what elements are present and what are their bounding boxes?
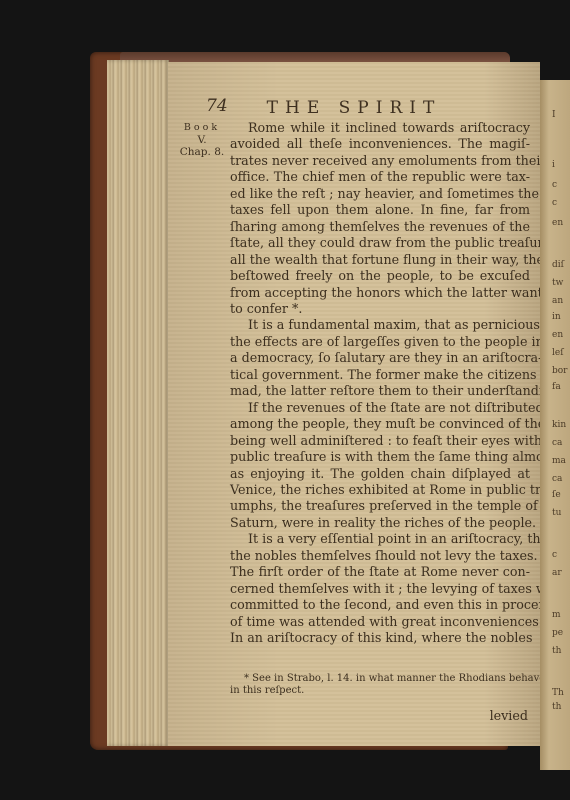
next-page-text-fragment: bor: [552, 366, 567, 376]
next-page-text-fragment: kin: [552, 420, 566, 430]
text-line: of time was attended with great inconven…: [230, 614, 530, 630]
text-line: beſtowed freely on the people, to be exc…: [230, 268, 530, 284]
book-page: 74 THE SPIRIT Book V. Chap. 8. Rome whil…: [168, 62, 540, 746]
next-page-text-fragment: pe: [552, 628, 563, 638]
next-page-text-fragment: ca: [552, 474, 562, 484]
next-page-text-fragment: tu: [552, 508, 561, 518]
footnote-line: in this reſpect.: [230, 685, 530, 697]
text-line: committed to the ſecond, and even this i…: [230, 597, 530, 613]
next-page-text-fragment: ma: [552, 456, 566, 466]
body-text: Rome while it inclined towards ariſtocra…: [230, 120, 530, 647]
next-page-text-fragment: an: [552, 296, 563, 306]
next-page-text-fragment: fa: [552, 382, 561, 392]
text-line: ſharing among themſelves the revenues of…: [230, 219, 530, 235]
text-line: a democracy, ſo ſalutary are they in an …: [230, 350, 530, 366]
page-edges: [107, 60, 169, 746]
next-page-text-fragment: c: [552, 198, 557, 208]
text-line: cerned themſelves with it ; the levying …: [230, 581, 530, 597]
text-line: public treaſure is with them the ſame th…: [230, 449, 530, 465]
next-page-text-fragment: leſ: [552, 348, 564, 358]
text-line: taxes fell upon them alone. In fine, far…: [230, 202, 530, 218]
margin-book-label: Book: [174, 122, 230, 134]
text-line: In an ariſtocracy of this kind, where th…: [230, 630, 530, 646]
next-page-text-fragment: th: [552, 702, 561, 712]
text-line: all the wealth that fortune flung in the…: [230, 252, 530, 268]
text-line: umphs, the treaſures preſerved in the te…: [230, 498, 530, 514]
text-line: ſtate, all they could draw from the publ…: [230, 235, 530, 251]
text-line: office. The chief men of the republic we…: [230, 169, 530, 185]
text-line: the effects are of largeſſes given to th…: [230, 334, 530, 350]
next-page-text-fragment: m: [552, 610, 561, 620]
next-page-text-fragment: tw: [552, 278, 563, 288]
catchword: levied: [490, 708, 528, 723]
running-head: THE SPIRIT: [168, 98, 540, 118]
next-page-text-fragment: ſe: [552, 490, 561, 500]
footnote-line: * See in Strabo, l. 14. in what manner t…: [230, 673, 530, 685]
next-page-text-fragment: th: [552, 646, 561, 656]
margin-book-number: V.: [174, 134, 230, 146]
next-page-text-fragment: i: [552, 160, 555, 170]
next-page-text-fragment: ca: [552, 438, 562, 448]
text-line: avoided all theſe inconveniences. The ma…: [230, 136, 530, 152]
book-cover-top-edge: [120, 52, 510, 62]
margin-chapter: Chap. 8.: [174, 146, 230, 158]
next-page-text-fragment: Th: [552, 688, 564, 698]
next-page-text-fragment: en: [552, 330, 563, 340]
text-line: among the people, they muſt be convinced…: [230, 416, 530, 432]
text-line: to confer *.: [230, 301, 530, 317]
footnote: * See in Strabo, l. 14. in what manner t…: [230, 673, 530, 697]
text-line: being well adminiſtered : to feaſt their…: [230, 433, 530, 449]
next-page-text-fragment: diſ: [552, 260, 564, 270]
next-page-text-fragment: ar: [552, 568, 562, 578]
text-line: If the revenues of the ſtate are not diſ…: [230, 400, 530, 416]
next-page-text-fragment: I: [552, 110, 556, 120]
next-page-text-fragment: c: [552, 550, 557, 560]
text-line: ed like the reſt ; nay heavier, and ſome…: [230, 186, 530, 202]
next-page-text-fragment: in: [552, 312, 561, 322]
text-line: tical government. The former make the ci…: [230, 367, 530, 383]
text-line: It is a very eſſential point in an ariſt…: [230, 531, 530, 547]
text-line: Rome while it inclined towards ariſtocra…: [230, 120, 530, 136]
text-line: mad, the latter reſtore them to their un…: [230, 383, 530, 399]
text-line: from accepting the honors which the latt…: [230, 285, 530, 301]
text-line: Saturn, were in reality the riches of th…: [230, 515, 530, 531]
next-page-edge: Iiccendiſtwaninenleſborfakincamacaſetuca…: [540, 80, 570, 770]
margin-note: Book V. Chap. 8.: [174, 122, 230, 158]
text-line: The firſt order of the ſtate at Rome nev…: [230, 564, 530, 580]
text-line: It is a fundamental maxim, that as perni…: [230, 317, 530, 333]
next-page-text-fragment: en: [552, 218, 563, 228]
text-line: Venice, the riches exhibited at Rome in …: [230, 482, 530, 498]
text-line: trates never received any emoluments fro…: [230, 153, 530, 169]
text-line: as enjoying it. The golden chain diſplay…: [230, 466, 530, 482]
text-line: the nobles themſelves ſhould not levy th…: [230, 548, 530, 564]
next-page-text-fragment: c: [552, 180, 557, 190]
